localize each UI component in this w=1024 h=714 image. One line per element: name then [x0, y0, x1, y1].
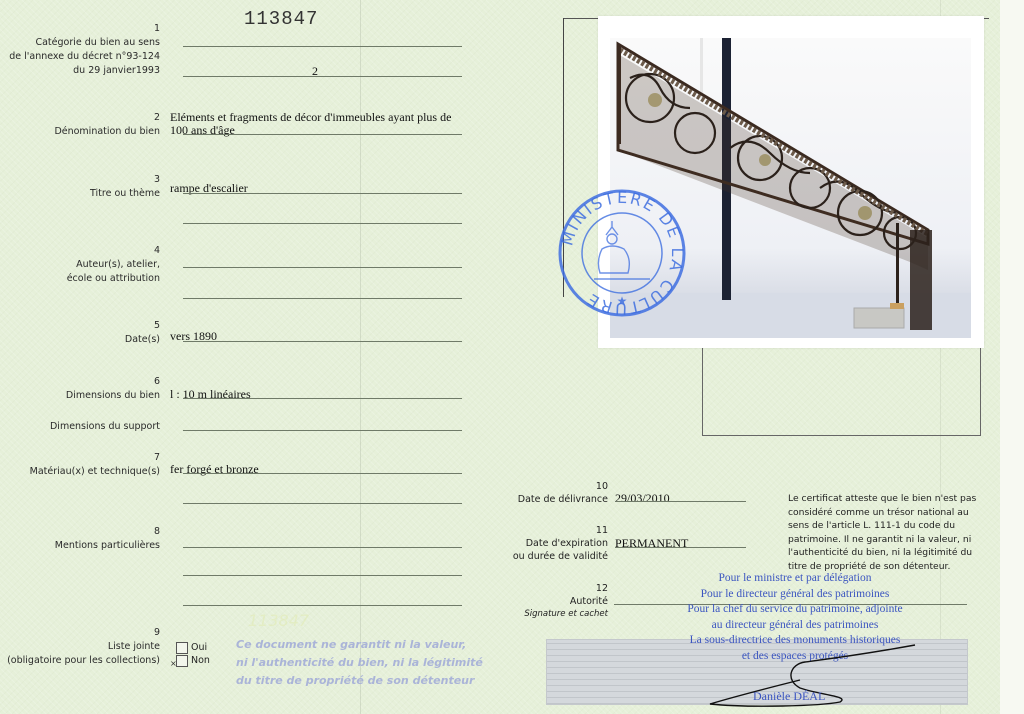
checkbox-oui-label: Oui — [191, 642, 207, 653]
field-label-autorite: 12 Autorité Signature et cachet — [524, 582, 608, 621]
field-label-categorie: 1 Catégorie du bien au sens de l'annexe … — [9, 22, 160, 78]
ghost-serial-watermark: 113847 — [248, 611, 309, 630]
field-value-dimensions-bien: l : 10 m linéaires — [170, 387, 251, 402]
field-rule — [183, 46, 462, 47]
checkbox-non[interactable] — [176, 655, 188, 667]
disclaimer-text: Ce document ne garantit ni la valeur, ni… — [236, 636, 483, 690]
field-label-titre: 3 Titre ou thème — [90, 173, 160, 201]
photo-frame-box — [702, 345, 981, 436]
signatory-name: Danièle DÉAL — [753, 689, 825, 704]
field-value-date-expiration: PERMANENT — [615, 536, 688, 551]
field-label-dimensions-bien: 6 Dimensions du bien — [66, 375, 160, 403]
field-rule — [183, 193, 462, 194]
certificate-statement: Le certificat atteste que le bien n'est … — [788, 492, 988, 573]
field-rule — [183, 547, 462, 548]
serial-number: 113847 — [244, 8, 318, 30]
field-rule — [183, 503, 462, 504]
field-value-date-delivrance: 29/03/2010 — [615, 491, 670, 506]
checkbox-non-label: Non — [191, 655, 210, 666]
field-label-mentions: 8 Mentions particulières — [55, 525, 160, 553]
field-rule — [183, 473, 462, 474]
field-rule — [183, 341, 462, 342]
field-rule — [183, 298, 462, 299]
field-label-auteur: 4 Auteur(s), atelier, école ou attributi… — [67, 244, 160, 286]
field-rule — [183, 575, 462, 576]
field-rule — [183, 605, 462, 606]
page-edge — [1000, 0, 1024, 714]
field-label-date-delivrance: 10 Date de délivrance — [518, 480, 608, 506]
field-value-materiaux: fer forgé et bronze — [170, 462, 259, 477]
field-label-liste-jointe: 9 Liste jointe (obligatoire pour les col… — [7, 626, 160, 668]
checkbox-oui[interactable] — [176, 642, 188, 654]
field-label-dimensions-support: Dimensions du support — [50, 420, 160, 434]
field-rule — [615, 501, 746, 502]
field-rule — [183, 267, 462, 268]
field-rule — [183, 223, 462, 224]
field-label-dates: 5 Date(s) — [125, 319, 160, 347]
svg-text:★: ★ — [617, 294, 628, 308]
field-rule — [183, 76, 462, 77]
field-label-denomination: 2 Dénomination du bien — [54, 111, 160, 139]
field-rule — [615, 547, 746, 548]
field-value-denomination-line2: 100 ans d'âge — [170, 123, 235, 138]
field-label-materiaux: 7 Matériau(x) et technique(s) — [30, 451, 160, 479]
field-rule — [183, 430, 462, 431]
field-rule — [183, 134, 462, 135]
ministry-stamp-icon: MINISTERE DE LA CULTURE ★ — [556, 187, 688, 319]
fold-line — [360, 0, 361, 714]
field-rule — [183, 398, 462, 399]
field-label-date-expiration: 11 Date d'expiration ou durée de validit… — [513, 524, 608, 563]
